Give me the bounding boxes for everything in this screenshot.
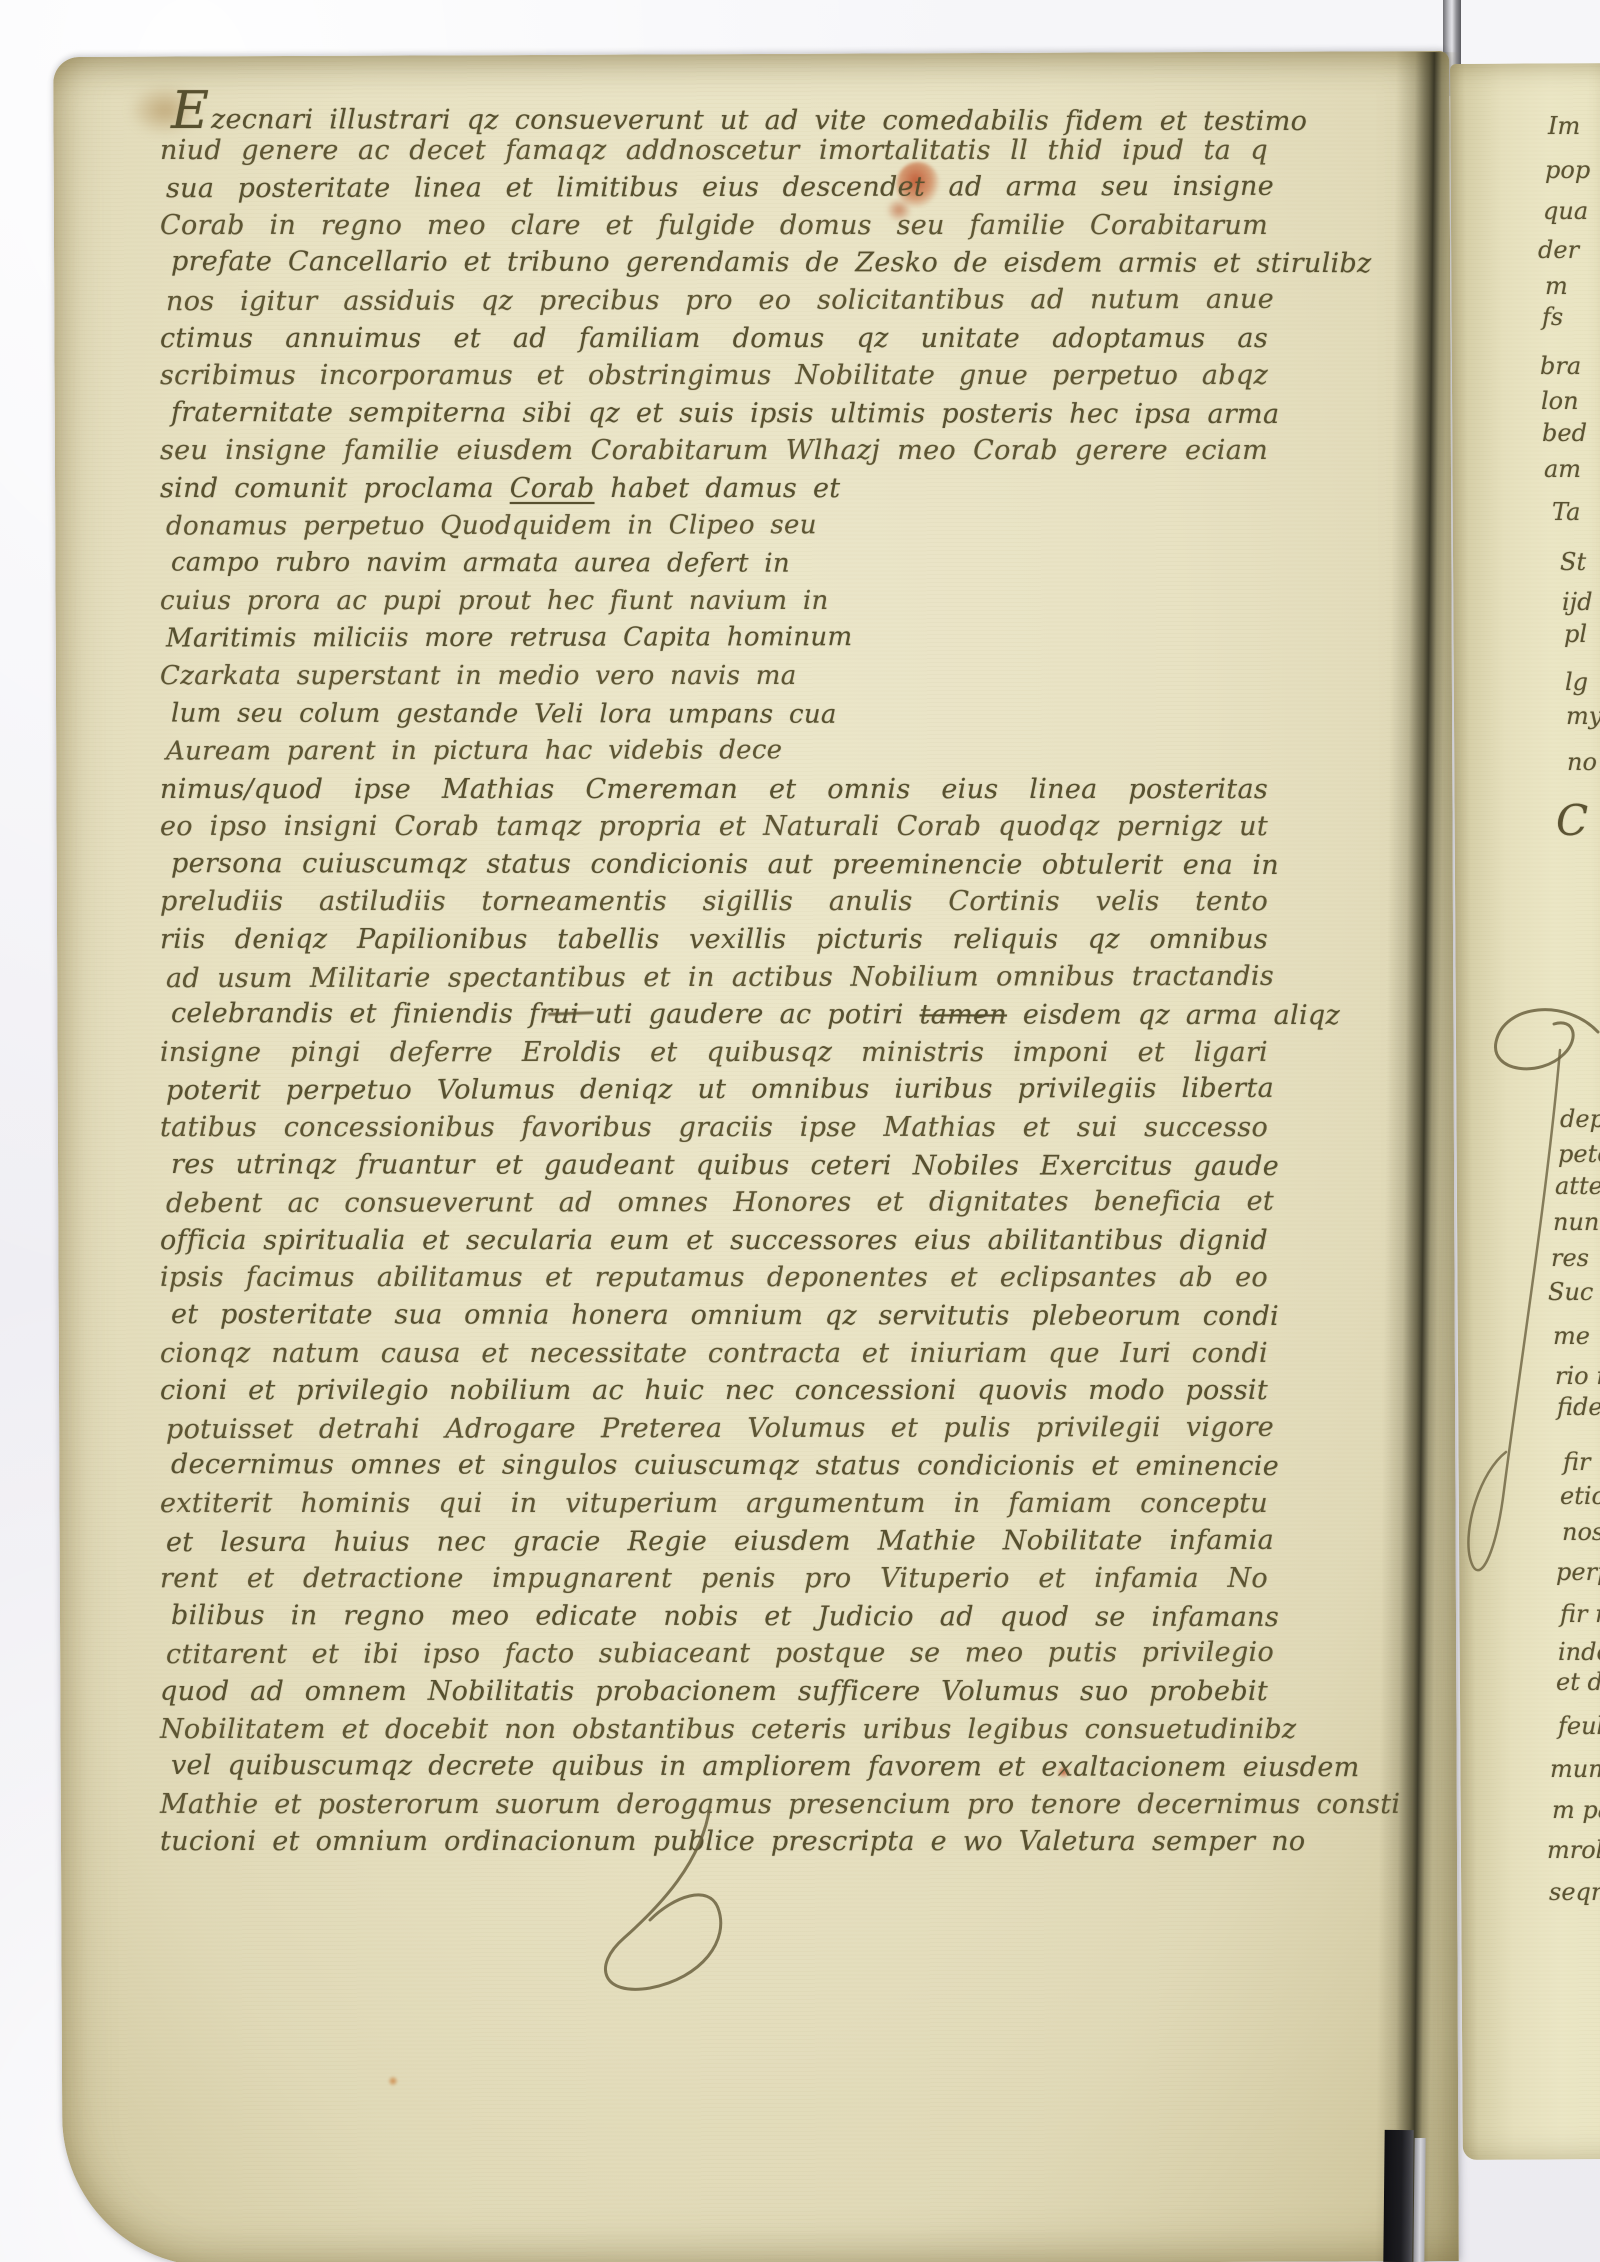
manuscript-line: riis deniqz Papilionibus tabellis vexill… [160,921,1268,959]
recto-line-fragment: inde [1558,1638,1600,1666]
recto-line-fragment: fir n [1560,1600,1600,1628]
recto-line-fragment: St [1560,548,1586,576]
recto-line-fragment: me [1553,1322,1590,1350]
recto-line-fragment: pete [1558,1140,1600,1168]
metal-rod-bottom-sheen [1413,2138,1425,2262]
recto-line-fragment: qua [1543,197,1588,225]
manuscript-line: fraternitate sempiterna sibi qz et suis … [160,394,1279,434]
manuscript-line: extiterit hominis qui in vituperium argu… [160,1485,1268,1523]
recto-line-fragment: Ta [1552,498,1580,526]
recto-line-fragment: pl [1564,620,1587,648]
recto-line-fragment: res [1551,1244,1589,1272]
manuscript-line: et lesura huius nec gracie Regie eiusdem… [160,1521,1274,1561]
manuscript-line: quod ad omnem Nobilitatis probacionem su… [160,1673,1268,1711]
manuscript-line: celebrandis et finiendis frui uti gauder… [160,995,1279,1035]
metal-rod-bottom [1383,2130,1413,2262]
recto-line-fragment: feula [1558,1712,1600,1740]
recto-line-fragment: rio n [1555,1362,1600,1390]
underlined-word: Corab [510,473,595,504]
manuscript-line: lum seu colum gestande Veli lora umpans … [160,695,691,734]
manuscript-line: donamus perpetuo Quodquidem in Clipeo se… [160,507,686,546]
manuscript-line: insigne pingi deferre Eroldis et quibusq… [160,1034,1268,1072]
recto-line-fragment: mrolu [1547,1836,1600,1864]
manuscript-text: Ezecnari illustrari qz consueverunt ut a… [160,94,1272,1861]
manuscript-line: nimus/quod ipse Mathias Cmereman et omni… [160,771,1268,809]
recto-line-fragment: m pa [1552,1796,1600,1824]
manuscript-line: Maritimis miliciis more retrusa Capita h… [160,620,686,659]
manuscript-line: vel quibuscumqz decrete quibus in amplio… [160,1747,1279,1787]
recto-line-fragment: lon [1541,387,1579,415]
manuscript-line: decernimus omnes et singulos cuiuscumqz … [160,1446,1279,1486]
recto-line-fragment: bra [1540,352,1581,380]
manuscript-line: potuisset detrahi Adrogare Preterea Volu… [160,1409,1274,1449]
recto-line-fragment: m [1545,272,1568,300]
manuscript-line: Corab in regno meo clare et fulgide domu… [160,207,1268,245]
recto-line-fragment: my [1566,702,1600,730]
manuscript-line: officia spiritualia et secularia eum et … [160,1222,1268,1260]
manuscript-line: sua posteritate linea et limitibus eius … [160,168,1274,208]
manuscript-line: bilibus in regno meo edicate nobis et Ju… [160,1597,1279,1637]
struck-word: tamen [920,1000,1007,1031]
recto-line-fragment: et de [1556,1668,1600,1696]
recto-line-fragment: pop [1545,156,1590,184]
manuscript-photo: { "photo": { "backdrop_color": "#f2f1f5"… [0,0,1600,2262]
recto-line-fragment: C [1556,796,1588,845]
manuscript-line: eo ipso insigni Corab tamqz propria et N… [160,808,1268,846]
manuscript-line: preludiis astiludiis torneamentis sigill… [160,883,1268,921]
recto-line-fragment: perpe [1556,1558,1600,1586]
manuscript-line: prefate Cancellario et tribuno gerendami… [160,243,1279,283]
recto-line-fragment: lg [1565,668,1588,696]
recto-line-fragment: nos [1562,1518,1600,1546]
manuscript-line: Auream parent in pictura hac videbis dec… [160,733,686,772]
recto-line-fragment: no [1567,748,1597,776]
manuscript-line: seu insigne familie eiusdem Corabitarum … [160,432,1268,470]
recto-line-fragment: am [1544,455,1581,483]
recto-line-fragment: seqns [1549,1878,1600,1906]
manuscript-line: Czarkata superstant in medio vero navis … [160,658,680,696]
recto-line-fragment: fir [1563,1448,1590,1476]
manuscript-line: poterit perpetuo Volumus deniqz ut omnib… [160,1070,1274,1110]
manuscript-line: tucioni et omnium ordinacionum publice p… [160,1823,1268,1861]
manuscript-line: et posteritate sua omnia honera omnium q… [160,1296,1279,1336]
manuscript-line: cioni et privilegio nobilium ac huic nec… [160,1372,1268,1410]
manuscript-line: sind comunit proclama Corab habet damus … [160,470,815,508]
recto-line-fragment: nun [1553,1208,1599,1236]
manuscript-line: scribimus incorporamus et obstringimus N… [160,357,1268,395]
manuscript-line: persona cuiuscumqz status condicionis au… [160,845,1279,885]
recto-line-fragment: Im [1548,112,1580,140]
manuscript-line: Ezecnari illustrari qz consueverunt ut a… [160,93,1279,133]
recto-line-fragment: dep [1560,1105,1600,1133]
recto-line-fragment: der [1538,236,1579,264]
manuscript-line: ctitarent et ibi ipso facto subiaceant p… [160,1634,1274,1674]
recto-line-fragment: atten [1555,1172,1600,1200]
manuscript-line: Nobilitatem et docebit non obstantibus c… [160,1711,1268,1749]
manuscript-line: res utrinqz fruantur et gaudeant quibus … [160,1146,1279,1186]
manuscript-line: campo rubro navim armata aurea defert in [160,545,691,584]
manuscript-line: nos igitur assiduis qz precibus pro eo s… [160,281,1274,321]
manuscript-line: Mathie et posterorum suorum derogamus pr… [160,1786,1268,1824]
recto-line-fragment: fidel [1557,1393,1600,1421]
recto-line-fragment: ijd [1562,588,1592,616]
manuscript-line: rent et detractione impugnarent penis pr… [160,1560,1268,1598]
manuscript-line: cionqz natum causa et necessitate contra… [160,1335,1268,1373]
manuscript-line: ctimus annuimus et ad familiam domus qz … [160,320,1268,358]
manuscript-line: debent ac consueverunt ad omnes Honores … [160,1183,1274,1223]
recto-line-fragment: fs [1542,303,1563,331]
manuscript-line: cuius prora ac pupi prout hec fiunt navi… [160,583,680,621]
manuscript-line: ipsis facimus abilitamus et reputamus de… [160,1259,1268,1297]
recto-line-fragment: etiom [1560,1482,1600,1510]
manuscript-line: niud genere ac decet famaqz addnoscetur … [160,132,1268,170]
manuscript-line: ad usum Militarie spectantibus et in act… [160,957,1274,997]
recto-line-fragment: mum [1550,1755,1600,1783]
recto-line-fragment: Suc [1548,1278,1593,1306]
manuscript-line: tatibus concessionibus favoribus graciis… [160,1109,1268,1147]
recto-line-fragment: bed [1542,419,1587,447]
